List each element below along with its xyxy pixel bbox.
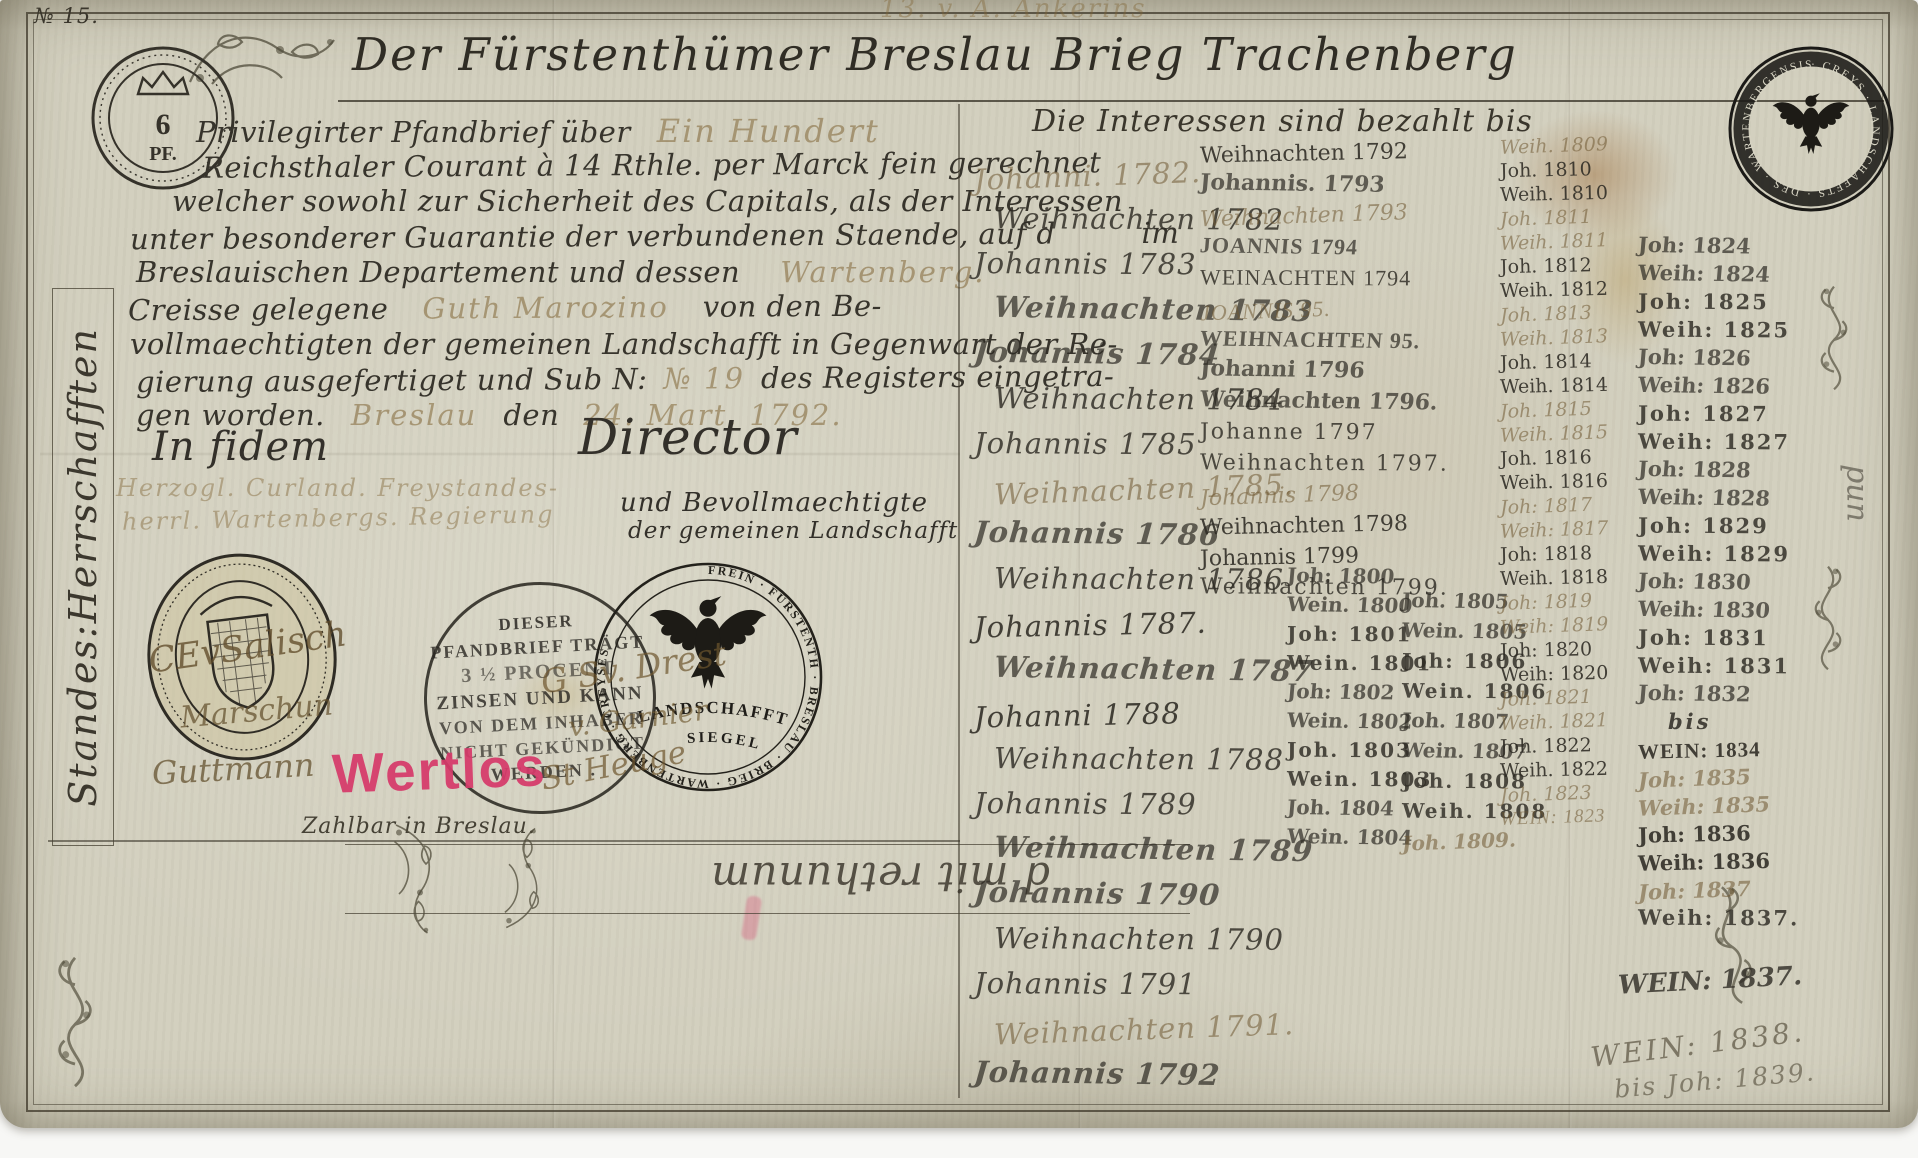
handwritten-amount: Ein Hundert bbox=[657, 112, 880, 150]
interest-stamp-entry: Joh. 1810 bbox=[1500, 157, 1609, 183]
interest-stamp-entry: Joh: 1830 bbox=[1637, 567, 1801, 597]
printed-text: Breslauischen Departement und dessen bbox=[136, 255, 740, 289]
interest-stamp-entry: bis bbox=[1668, 708, 1799, 736]
in-fidem-handwriting-1: Herzogl. Curland. Freystandes- bbox=[116, 474, 559, 502]
interest-stamp-entry: WEIN: 1834 bbox=[1638, 734, 1800, 765]
interest-stamp-entry: Weih. 1810 bbox=[1500, 181, 1609, 207]
director-line-3: der gemeinen Landschafft bbox=[628, 518, 958, 544]
interest-stamp-entry: Weih: 1836 bbox=[1638, 846, 1800, 877]
svg-text:SIEGEL: SIEGEL bbox=[686, 730, 763, 753]
interest-stamp-entry: Weihnachten 1790 bbox=[994, 916, 1313, 963]
interest-stamp-entry: Joh: 1829 bbox=[1638, 512, 1799, 541]
document-title: Der Fürstenthümer Breslau Brieg Trachenb… bbox=[352, 28, 1518, 81]
interest-stamp-entry: WEIHNACHTEN 95. bbox=[1199, 322, 1450, 356]
interest-stamp-entry: Joh. 1816 bbox=[1500, 445, 1609, 471]
right-margin-sprig bbox=[1800, 560, 1856, 676]
interest-stamp-entry: Weihnachten 1788 bbox=[994, 736, 1313, 783]
interest-stamp-entry: Weih: 1826 bbox=[1637, 371, 1801, 401]
pfandbrief-document: № 15. 13. v. A. Ankerins Der Fürstenthüm… bbox=[0, 0, 1918, 1128]
body-line-6: Creisse gelegeneGuth Marozinovon den Be- bbox=[128, 289, 882, 328]
interest-stamp-entry: Johanni 1796 bbox=[1199, 353, 1450, 387]
footnote-stamp: WEIN: 1837. bbox=[1617, 961, 1802, 1001]
interest-stamp-entry: Joh: 1826 bbox=[1637, 343, 1801, 373]
interest-stamp-entry: Weih. 1812 bbox=[1500, 277, 1609, 303]
interest-stamp-entry: Weihnachten 1789 bbox=[992, 825, 1315, 874]
right-margin-sprig bbox=[1806, 280, 1862, 396]
interest-stamp-entry: Weihnachten 1791. bbox=[993, 1001, 1314, 1057]
handwritten-place-issued: Breslau bbox=[351, 398, 477, 432]
interest-panel-header: Die Interessen sind bezahlt bis bbox=[1032, 104, 1533, 139]
interest-stamp-entry: Weih: 1820 bbox=[1500, 661, 1609, 687]
interest-stamp-entry: Weih. 1809 bbox=[1500, 132, 1609, 160]
document-number: № 15. bbox=[34, 4, 99, 28]
printed-text: gierung ausgefertiget und Sub N: bbox=[136, 362, 648, 399]
interest-stamp-entry: Weih: 1817 bbox=[1500, 516, 1609, 544]
interest-stamp-entry: Johannis 1791 bbox=[974, 961, 1313, 1008]
printed-text: Creisse gelegene bbox=[128, 292, 389, 328]
right-margin-area: und bbox=[1836, 428, 1871, 558]
interest-stamp-entry: Weih. 1813 bbox=[1500, 324, 1609, 352]
interest-stamp-entry: Weih: 1829 bbox=[1638, 540, 1799, 569]
interest-stamp-entry: Weih. 1818 bbox=[1500, 565, 1609, 591]
handwritten-register-number: № 19 bbox=[663, 361, 745, 395]
interest-stamp-entry: WEIN: 1823 bbox=[1500, 804, 1609, 832]
body-line-1: Privilegirter Pfandbrief überEin Hundert bbox=[196, 112, 880, 150]
bottom-left-sprig bbox=[40, 952, 110, 1092]
printed-text: den bbox=[503, 398, 559, 432]
interest-stamp-entry: Weih: 1835 bbox=[1638, 789, 1800, 823]
wertlos-cancellation-stamp: Wertlos bbox=[331, 734, 548, 805]
interest-stamp-entry: Weihnachten 1792 bbox=[1200, 135, 1449, 171]
seal-value: 6 bbox=[156, 108, 171, 141]
cartouche-scroll-ornament bbox=[371, 819, 451, 939]
interest-stamp-entry: Joh: 1818 bbox=[1500, 541, 1609, 567]
interest-stamp-entry: Johannis 1787. bbox=[974, 598, 1314, 650]
handwritten-place: Wartenberg. bbox=[780, 255, 985, 289]
left-margin-cartouche: Standes:Herrschafften bbox=[52, 288, 114, 846]
landschaffts-banner-text-2: SIEGEL bbox=[686, 730, 763, 753]
interest-stamp-entry: Joh: 1836 bbox=[1638, 818, 1800, 849]
interest-stamp-entry: Weih. 1816 bbox=[1500, 469, 1609, 495]
interest-stamp-entry: Weih. 1814 bbox=[1500, 373, 1609, 399]
top-handwritten-annotation: 13. v. A. Ankerins bbox=[880, 0, 1147, 24]
interest-stamp-entry: Weih: 1825 bbox=[1638, 316, 1799, 345]
interest-stamp-entry: Weih. 1815 bbox=[1500, 420, 1609, 448]
director-line-2: und Bevollmaechtigte bbox=[620, 488, 928, 518]
interest-payments-panel: Die Interessen sind bezahlt bis Johanni.… bbox=[962, 104, 1782, 1108]
handwritten-estate: Guth Marozino bbox=[422, 290, 669, 326]
interest-stamp-entry: Joh. 1814 bbox=[1500, 349, 1609, 375]
printed-text: unter besonderer Guarantie der verbunden… bbox=[130, 217, 1056, 257]
interest-stamp-entry: Joh. 1822 bbox=[1500, 733, 1609, 759]
interest-stamp-entry: Weih. 1811 bbox=[1500, 228, 1609, 256]
interest-stamp-entry: Johannis 1792 bbox=[972, 1050, 1315, 1100]
interest-stamp-entry: Weih: 1827 bbox=[1638, 428, 1799, 457]
interest-stamp-entry: Johannis 1789 bbox=[974, 781, 1313, 828]
scanned-document-page: { "colors":{"ink":"#2e2b24","hand_brown"… bbox=[0, 0, 1918, 1158]
interest-stamp-entry: Weihnachten 1796. bbox=[1199, 384, 1450, 418]
interest-stamp-entry: Johannis 1790 bbox=[972, 870, 1315, 920]
interest-stamp-entry: Joh. 1812 bbox=[1500, 253, 1609, 279]
interest-stamp-entry: Weih. 1822 bbox=[1500, 757, 1609, 783]
interest-stamp-entry: Joh: 1831 bbox=[1638, 624, 1799, 653]
interest-stamp-entry: Weih: 1837. bbox=[1638, 904, 1799, 933]
eagle-icon bbox=[1773, 93, 1850, 154]
interest-column-1824-1837: Joh: 1824Weih: 1824Joh: 1825Weih: 1825Jo… bbox=[1638, 232, 1799, 932]
interest-stamp-entry: Joh: 1837 bbox=[1638, 873, 1800, 907]
interest-stamp-entry: Joh: 1828 bbox=[1637, 455, 1801, 485]
printed-text: Privilegirter Pfandbrief über bbox=[196, 115, 631, 149]
interest-stamp-entry: Weih: 1831 bbox=[1638, 652, 1799, 681]
interest-column-1809-1823: Weih. 1809Joh. 1810Weih. 1810Joh. 1811We… bbox=[1500, 134, 1608, 830]
director-title: Director bbox=[578, 408, 798, 466]
printed-text: von den Be- bbox=[703, 289, 882, 324]
panel-divider bbox=[958, 104, 960, 1098]
body-line-5: Breslauischen Departement und dessenWart… bbox=[136, 255, 986, 289]
interest-stamp-entry: JOANNIS 1794 bbox=[1199, 229, 1450, 263]
interest-stamp-entry: Joh: 1824 bbox=[1637, 231, 1801, 261]
interest-stamp-entry: Joh: 1827 bbox=[1638, 400, 1799, 429]
interest-stamp-entry: Weih. 1821 bbox=[1500, 708, 1609, 736]
cartouche-scroll-ornament bbox=[483, 823, 557, 933]
crown-icon bbox=[138, 72, 188, 94]
left-margin-text: Standes:Herrschafften bbox=[61, 327, 105, 807]
interest-stamp-entry: Joh: 1820 bbox=[1500, 637, 1609, 663]
seal-unit: PF. bbox=[149, 143, 177, 165]
interest-stamp-entry: Weih: 1828 bbox=[1637, 483, 1801, 513]
title-underline bbox=[338, 100, 1884, 102]
interest-stamp-entry: Joh: 1825 bbox=[1638, 288, 1799, 317]
interest-stamp-entry: WEINACHTEN 1794 bbox=[1200, 261, 1449, 293]
interest-stamp-entry: Weihnachten 1797. bbox=[1200, 447, 1449, 479]
interest-stamp-entry: Weih: 1830 bbox=[1637, 595, 1801, 625]
interest-column-1792-1799: Weihnachten 1792Johannis. 1793Weihnachte… bbox=[1200, 138, 1449, 603]
interest-stamp-entry: Johanni 1788 bbox=[974, 688, 1314, 740]
interest-stamp-entry: Weihnachten 1787 bbox=[992, 645, 1315, 694]
interest-stamp-entry: Weih: 1824 bbox=[1637, 259, 1801, 289]
interest-stamp-entry: Joh: 1832 bbox=[1637, 679, 1801, 709]
interest-stamp-entry: Johanne 1797 bbox=[1200, 416, 1449, 448]
interest-stamp-entry: Weih: 1819 bbox=[1500, 612, 1609, 640]
in-fidem-label: In fidem bbox=[152, 424, 329, 470]
right-margin-text: und bbox=[1836, 464, 1871, 522]
